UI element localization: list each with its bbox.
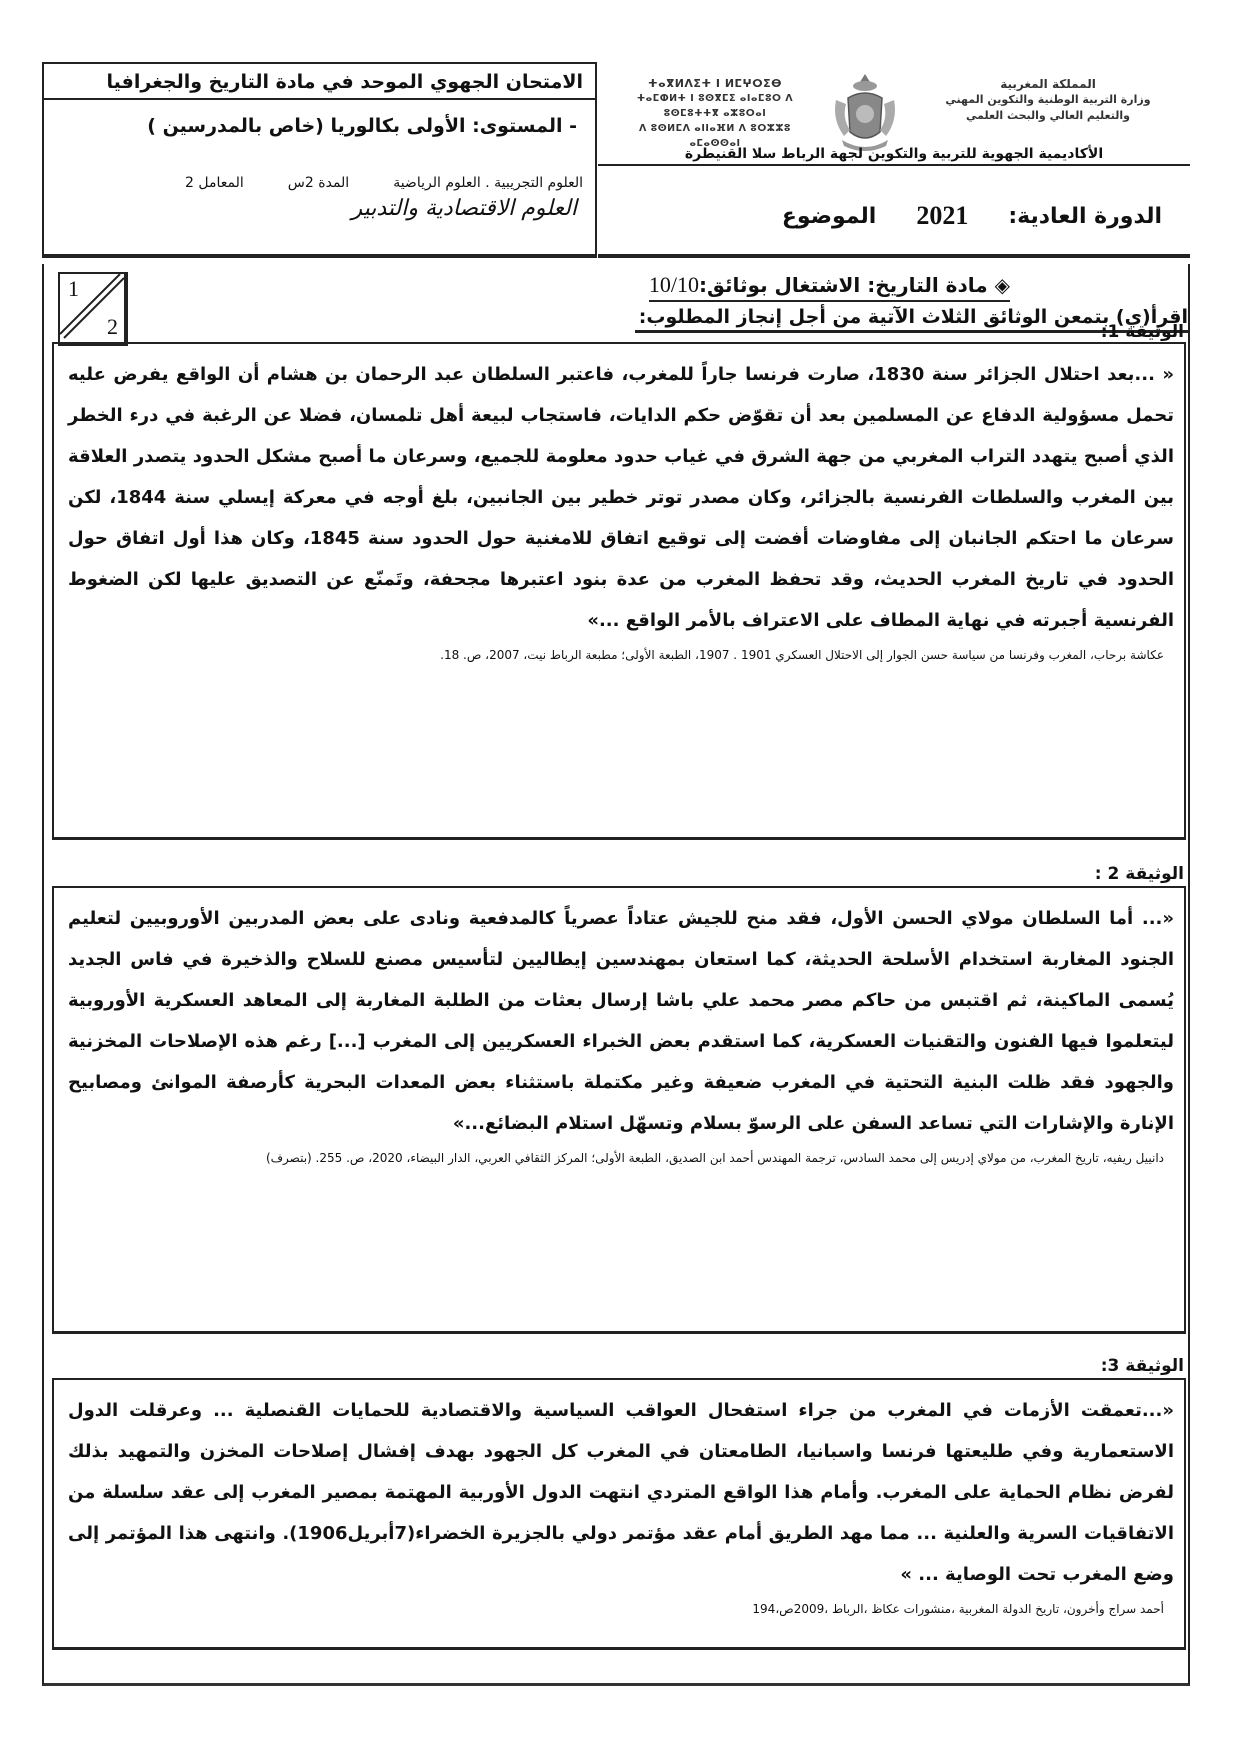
session-info: الدورة العادية: 2021 الموضوع xyxy=(598,176,1190,256)
document-2: «... أما السلطان مولاي الحسن الأول، فقد … xyxy=(52,886,1186,1334)
exam-title: الامتحان الجهوي الموحد في مادة التاريخ و… xyxy=(44,64,595,100)
subject-label: الموضوع xyxy=(782,204,876,229)
document-3: «...تعمقت الأزمات في المغرب من جراء استف… xyxy=(52,1378,1186,1650)
tifinagh-text: ⵜⴰⴳⵍⴷⵉⵜ ⵏ ⵍⵎⵖⵔⵉⴱ ⵜⴰⵎⵀⵍⵜ ⵏ ⵓⵙⴳⵎⵉ ⴰⵏⴰⵎⵓⵔ ⴷ… xyxy=(620,76,810,151)
session-year: 2021 xyxy=(916,201,968,231)
document-1-text: « ...بعد احتلال الجزائر سنة 1830، صارت ف… xyxy=(68,354,1174,641)
royal-emblem-icon xyxy=(830,70,900,154)
document-3-source: أحمد سراج وأخرون، تاريخ الدولة المغربية … xyxy=(68,1599,1174,1619)
exam-info-panel: الامتحان الجهوي الموحد في مادة التاريخ و… xyxy=(42,62,597,258)
document-2-source: دانييل ريفيه، تاريخ المغرب، من مولاي إدر… xyxy=(68,1148,1174,1168)
document-2-label: الوثيقة 2 : xyxy=(1095,864,1184,884)
handwritten-note: العلوم الاقتصادية والتدبير xyxy=(44,194,595,224)
section-title: ◈ مادة التاريخ: الاشتغال بوثائق:10/10 xyxy=(649,272,1010,302)
document-1-label: الوثيقة 1: xyxy=(1101,322,1184,342)
institution-panel: ⵜⴰⴳⵍⴷⵉⵜ ⵏ ⵍⵎⵖⵔⵉⴱ ⵜⴰⵎⵀⵍⵜ ⵏ ⵓⵙⴳⵎⵉ ⴰⵏⴰⵎⵓⵔ ⴷ… xyxy=(598,62,1190,258)
academy-name: الأكاديمية الجهوية للتربية والتكوين لجهة… xyxy=(598,144,1190,164)
exam-streams: العلوم التجريبية . العلوم الرياضية xyxy=(393,172,583,194)
document-3-label: الوثيقة 3: xyxy=(1101,1356,1184,1376)
exam-level: - المستوى: الأولى بكالوريا (خاص بالمدرسي… xyxy=(44,100,595,160)
section-score: 10/10 xyxy=(649,272,699,297)
document-1-source: عكاشة برحاب، المغرب وفرنسا من سياسة حسن … xyxy=(68,645,1174,665)
header-divider xyxy=(598,164,1190,166)
page-total: 2 xyxy=(107,314,118,340)
exam-header: الامتحان الجهوي الموحد في مادة التاريخ و… xyxy=(42,62,1190,258)
exam-duration: المدة 2س xyxy=(288,172,349,194)
session-label: الدورة العادية: xyxy=(1008,204,1162,229)
institution-logo-block: ⵜⴰⴳⵍⴷⵉⵜ ⵏ ⵍⵎⵖⵔⵉⴱ ⵜⴰⵎⵀⵍⵜ ⵏ ⵓⵙⴳⵎⵉ ⴰⵏⴰⵎⵓⵔ ⴷ… xyxy=(598,64,1190,164)
ministry-text: المملكة المغربية وزارة التربية الوطنية و… xyxy=(918,76,1178,124)
document-3-text: «...تعمقت الأزمات في المغرب من جراء استف… xyxy=(68,1390,1174,1595)
document-1: « ...بعد احتلال الجزائر سنة 1830، صارت ف… xyxy=(52,342,1186,840)
page-current: 1 xyxy=(68,276,79,302)
exam-body: 1 2 ◈ مادة التاريخ: الاشتغال بوثائق:10/1… xyxy=(42,264,1190,1686)
page-number-box: 1 2 xyxy=(58,272,128,346)
exam-coefficient: المعامل 2 xyxy=(185,172,244,194)
document-2-text: «... أما السلطان مولاي الحسن الأول، فقد … xyxy=(68,898,1174,1144)
exam-meta: العلوم التجريبية . العلوم الرياضية المدة… xyxy=(44,172,595,194)
